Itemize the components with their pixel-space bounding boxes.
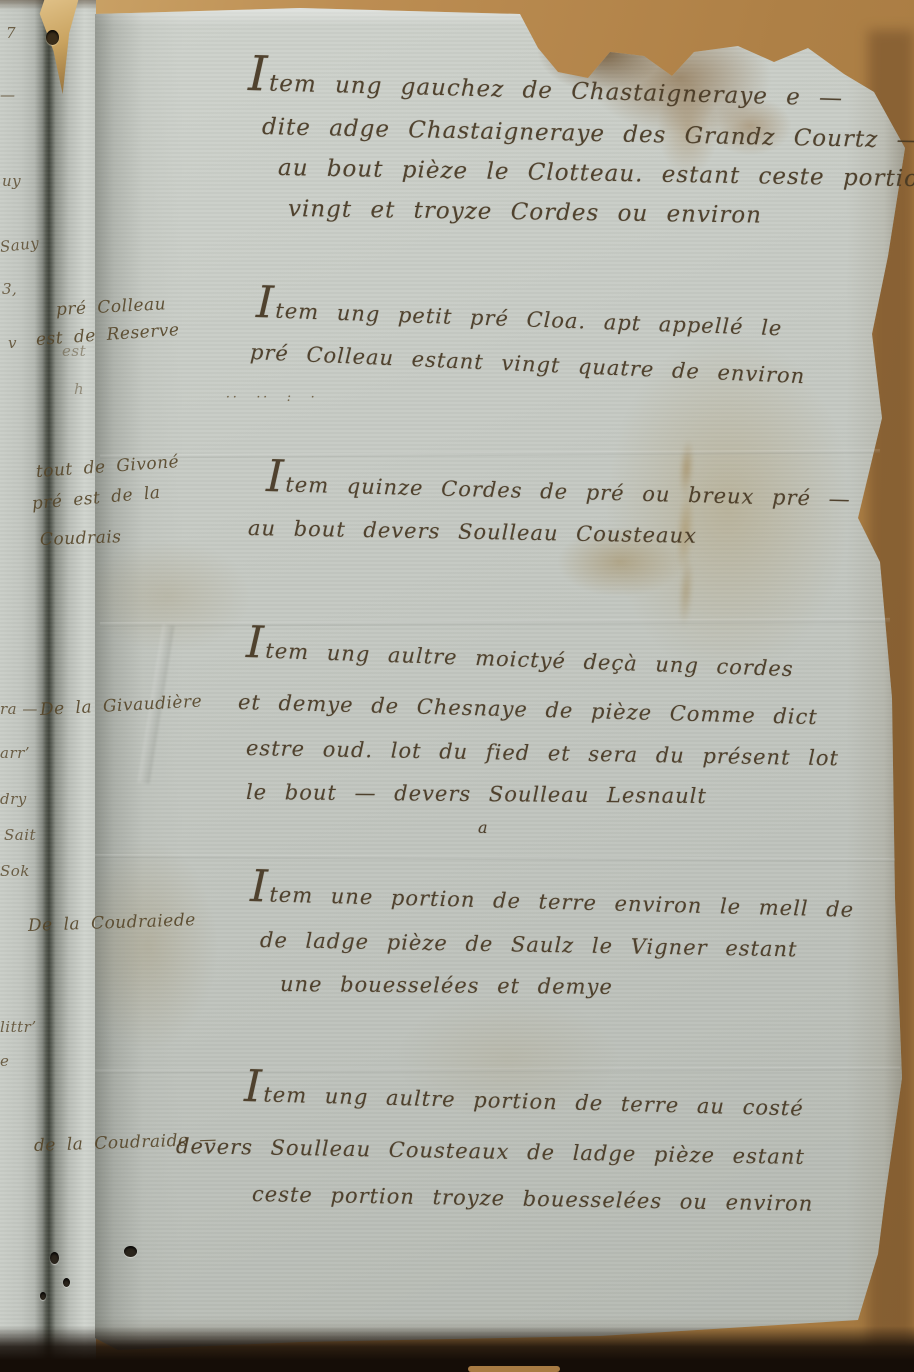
handwriting-layer: Item ung gauchez de Chastaigneraye e — d… — [0, 0, 914, 1372]
edge-text-fragment: est — [62, 342, 86, 360]
ink-line: Item ung aultre portion de terre au cost… — [244, 1082, 804, 1121]
manuscript-photo: Item ung gauchez de Chastaigneraye e — d… — [0, 0, 914, 1372]
margin-note: De la Givaudière — [39, 692, 202, 720]
ink-line: au bout devers Soulleau Cousteaux — [248, 516, 697, 548]
margin-note: pré Colleau — [55, 294, 166, 320]
margin-note: De la Coudraiede — [28, 910, 196, 936]
ink-line: devers Soulleau Cousteaux de ladge pièze… — [176, 1134, 805, 1169]
ink-line: pré Colleau estant vingt quatre de envir… — [249, 340, 805, 388]
ink-line: Item une portion de terre environ le mel… — [250, 882, 855, 922]
ink-line: de ladge pièze de Saulz le Vigner estant — [260, 928, 798, 961]
ink-line: et demye de Chesnaye de pièze Comme dict — [238, 690, 818, 729]
margin-note: tout de Givoné — [35, 452, 180, 482]
ink-line: au bout pièze le Clotteau. estant ceste … — [278, 155, 914, 192]
ink-line: Item ung petit pré Cloa. apt appellé le — [256, 298, 783, 340]
ink-line: dite adge Chastaigneraye des Grandz Cour… — [262, 114, 914, 154]
binding-tab-hole — [46, 30, 59, 45]
margin-note: Coudrais — [40, 527, 122, 550]
ink-line: Item ung aultre moictyé deçà ung cordes — [246, 638, 794, 681]
margin-note: pré est de la — [31, 483, 161, 514]
margin-note: est de Reserve — [35, 320, 180, 350]
ink-line: ceste portion troyze bouesselées ou envi… — [252, 1182, 814, 1216]
ink-line: Item ung gauchez de Chastaigneraye e — — [248, 70, 844, 112]
ink-line: le bout — devers Soulleau Lesnault — [246, 780, 707, 808]
ink-mark: ·· ·· : · — [226, 390, 318, 404]
ink-line: vingt et troyze Cordes ou environ — [288, 196, 762, 229]
ink-line: Item quinze Cordes de pré ou breux pré — — [266, 472, 851, 511]
ink-line: une bouesselées et demye — [280, 972, 613, 999]
edge-text-fragment: h — [74, 380, 84, 398]
ink-line: estre oud. lot du fied et sera du présen… — [246, 736, 839, 770]
ink-mark: a — [478, 818, 489, 837]
